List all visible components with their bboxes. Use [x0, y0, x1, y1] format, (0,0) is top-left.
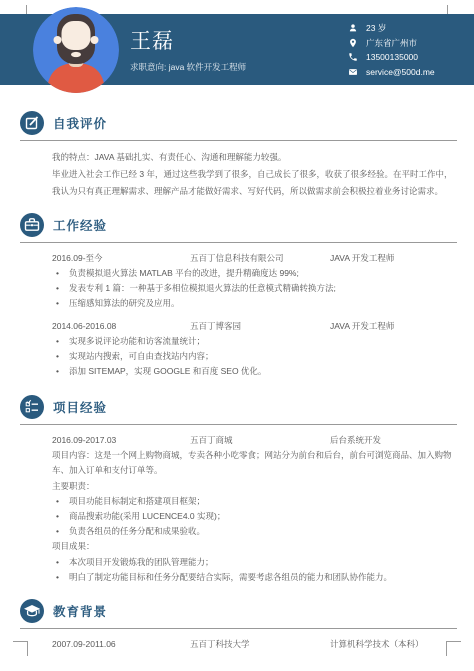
project-group-label: 项目成果： [52, 539, 457, 554]
entry-date: 2014.06-2016.08 [52, 319, 190, 334]
entry-role: JAVA 开发工程师 [330, 251, 457, 266]
work-bullet: 添加 SITEMAP，实现 GOOGLE 和百度 SEO 优化。 [52, 364, 457, 379]
divider [20, 424, 457, 425]
section-title: 自我评价 [53, 114, 107, 132]
section-header: 工作经验 [20, 213, 457, 237]
entry-date: 2016.09-2017.03 [52, 433, 190, 448]
project-description: 项目内容：这是一个网上购物商城，专卖各种小吃零食；网站分为前台和后台，前台可浏览… [52, 448, 457, 478]
bullet-text: 商品搜索功能(采用 LUCENCE4.0 实现)； [69, 509, 225, 524]
entry-date: 2016.09-至今 [52, 251, 190, 266]
work-bullet: 压缩感知算法的研究及应用。 [52, 296, 457, 311]
bullet-dot [52, 570, 69, 585]
work-bullet: 实现站内搜索，可自由查找站内内容； [52, 349, 457, 364]
contact-email-text: service@500d.me [366, 67, 435, 77]
bullet-text: 项目功能目标制定和搭建项目框架； [69, 494, 205, 509]
section-self-evaluation: 自我评价 我的特点：JAVA 基础扎实、有责任心、沟通和理解能力较强。 毕业进入… [20, 111, 457, 200]
avatar [33, 7, 119, 93]
bullet-text: 发表专利 1 篇：一种基于多相位模拟退火算法的任意模式精确转换方法; [69, 281, 336, 296]
bullet-text: 明白了制定功能目标和任务分配要结合实际，需要考虑各组员的能力和团队协作能力。 [69, 570, 392, 585]
work-entry: 2014.06-2016.08 五百丁博客园 JAVA 开发工程师 实现多说评论… [52, 319, 457, 380]
project-bullet: 明白了制定功能目标和任务分配要结合实际，需要考虑各组员的能力和团队协作能力。 [52, 570, 457, 585]
section-work-experience: 工作经验 2016.09-至今 五百丁信息科技有限公司 JAVA 开发工程师 负… [20, 213, 457, 379]
resume-page: 王磊 求职意向: java 软件开发工程师 23 岁 广东省广州市 1350 [0, 0, 474, 671]
project-entry: 2016.09-2017.03 五百丁商城 后台系统开发 项目内容：这是一个网上… [52, 433, 457, 585]
project-bullet: 商品搜索功能(采用 LUCENCE4.0 实现)； [52, 509, 457, 524]
section-project-experience: 项目经验 2016.09-2017.03 五百丁商城 后台系统开发 项目内容：这… [20, 395, 457, 585]
entry-row: 2016.09-2017.03 五百丁商城 后台系统开发 [52, 433, 457, 448]
crop-mark-top-left [26, 5, 27, 14]
entry-company: 五百丁博客园 [190, 319, 330, 334]
bullet-dot [52, 349, 69, 364]
section-header: 自我评价 [20, 111, 457, 135]
bullet-dot [52, 364, 69, 379]
divider [20, 242, 457, 243]
entry-role: JAVA 开发工程师 [330, 319, 457, 334]
bullet-dot [52, 296, 69, 311]
work-bullet: 负责模拟退火算法 MATLAB 平台的改进，提升精确度达 99%; [52, 266, 457, 281]
divider [20, 140, 457, 141]
bullet-text: 添加 SITEMAP，实现 GOOGLE 和百度 SEO 优化。 [69, 364, 266, 379]
project-bullet: 本次项目开发锻炼我的团队管理能力； [52, 555, 457, 570]
bullet-text: 压缩感知算法的研究及应用。 [69, 296, 180, 311]
self-evaluation-body: 我的特点：JAVA 基础扎实、有责任心、沟通和理解能力较强。 毕业进入社会工作已… [20, 149, 457, 200]
bullet-dot [52, 555, 69, 570]
edit-icon [20, 111, 44, 135]
section-title: 工作经验 [53, 216, 107, 234]
candidate-name: 王磊 [130, 30, 246, 54]
entry-major: 计算机科学技术（本科） [330, 637, 457, 652]
crop-mark-top-right [447, 5, 448, 14]
work-entry: 2016.09-至今 五百丁信息科技有限公司 JAVA 开发工程师 负责模拟退火… [52, 251, 457, 312]
bullet-text: 负责各组员的任务分配和成果验收。 [69, 524, 205, 539]
sections: 自我评价 我的特点：JAVA 基础扎实、有责任心、沟通和理解能力较强。 毕业进入… [20, 85, 457, 652]
bullet-text: 实现多说评论功能和访客流量统计； [69, 334, 205, 349]
project-bullet: 负责各组员的任务分配和成果验收。 [52, 524, 457, 539]
contact-phone-text: 13500135000 [366, 52, 418, 62]
entry-row: 2014.06-2016.08 五百丁博客园 JAVA 开发工程师 [52, 319, 457, 334]
education-body: 2007.09-2011.06 五百丁科技大学 计算机科学技术（本科） [20, 637, 457, 652]
bullet-dot [52, 494, 69, 509]
bullet-dot [52, 524, 69, 539]
self-evaluation-paragraph: 毕业进入社会工作已经 3 年，通过这些我学到了很多，自己成长了很多，收获了很多经… [52, 166, 457, 200]
section-title: 教育背景 [53, 602, 107, 620]
self-evaluation-line: 我的特点：JAVA 基础扎实、有责任心、沟通和理解能力较强。 [52, 149, 457, 166]
project-experience-body: 2016.09-2017.03 五百丁商城 后台系统开发 项目内容：这是一个网上… [20, 433, 457, 585]
email-icon [348, 67, 358, 77]
bullet-dot [52, 509, 69, 524]
contact-location-text: 广东省广州市 [366, 37, 417, 49]
section-title: 项目经验 [53, 398, 107, 416]
avatar-illustration [33, 7, 119, 93]
section-header: 教育背景 [20, 599, 457, 623]
section-education: 教育背景 2007.09-2011.06 五百丁科技大学 计算机科学技术（本科） [20, 599, 457, 652]
graduation-cap-icon [20, 599, 44, 623]
identity-block: 王磊 求职意向: java 软件开发工程师 [130, 30, 246, 73]
bullet-dot [52, 281, 69, 296]
entry-school: 五百丁科技大学 [190, 637, 330, 652]
entry-row: 2016.09-至今 五百丁信息科技有限公司 JAVA 开发工程师 [52, 251, 457, 266]
person-icon [348, 23, 358, 33]
project-bullet: 项目功能目标制定和搭建项目框架； [52, 494, 457, 509]
entry-row: 2007.09-2011.06 五百丁科技大学 计算机科学技术（本科） [52, 637, 457, 652]
entry-role: 后台系统开发 [330, 433, 457, 448]
location-icon [348, 38, 358, 48]
work-bullet: 实现多说评论功能和访客流量统计； [52, 334, 457, 349]
divider [20, 628, 457, 629]
entry-company: 五百丁信息科技有限公司 [190, 251, 330, 266]
briefcase-icon [20, 213, 44, 237]
contact-age: 23 岁 [348, 21, 435, 36]
entry-date: 2007.09-2011.06 [52, 637, 190, 652]
bullet-text: 本次项目开发锻炼我的团队管理能力； [69, 555, 214, 570]
checklist-icon [20, 395, 44, 419]
section-header: 项目经验 [20, 395, 457, 419]
contact-list: 23 岁 广东省广州市 13500135000 service@500d.me [348, 21, 435, 79]
contact-email: service@500d.me [348, 65, 435, 80]
work-experience-body: 2016.09-至今 五百丁信息科技有限公司 JAVA 开发工程师 负责模拟退火… [20, 251, 457, 379]
contact-location: 广东省广州市 [348, 36, 435, 51]
bullet-text: 负责模拟退火算法 MATLAB 平台的改进，提升精确度达 99%; [69, 266, 299, 281]
work-bullet: 发表专利 1 篇：一种基于多相位模拟退火算法的任意模式精确转换方法; [52, 281, 457, 296]
project-group-label: 主要职责： [52, 479, 457, 494]
header: 王磊 求职意向: java 软件开发工程师 23 岁 广东省广州市 1350 [0, 14, 474, 85]
contact-phone: 13500135000 [348, 50, 435, 65]
entry-project: 五百丁商城 [190, 433, 330, 448]
contact-age-text: 23 岁 [366, 22, 386, 34]
phone-icon [348, 52, 358, 62]
job-intention: 求职意向: java 软件开发工程师 [130, 61, 246, 73]
bullet-dot [52, 266, 69, 281]
bullet-text: 实现站内搜索，可自由查找站内内容； [69, 349, 214, 364]
bullet-dot [52, 334, 69, 349]
